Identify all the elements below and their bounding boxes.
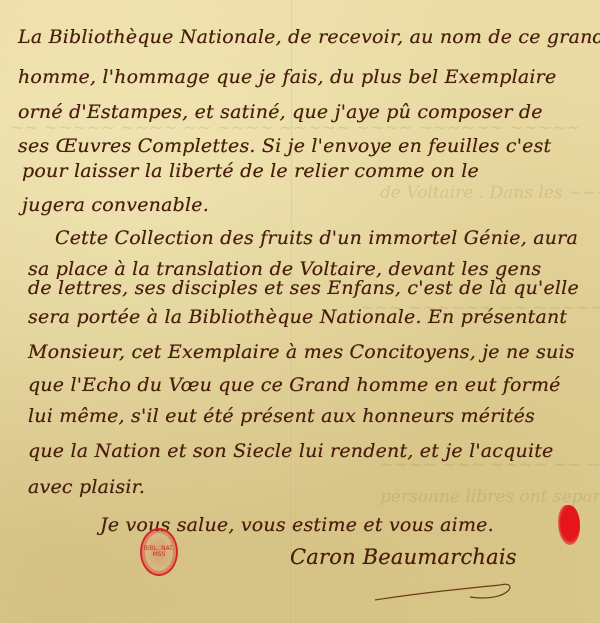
letter-line: La Bibliothèque Nationale, de recevoir, …: [18, 26, 600, 48]
letter-line: ses Œuvres Complettes. Si je l'envoye en…: [18, 135, 551, 157]
letter-line: homme, l'hommage que je fais, du plus be…: [18, 66, 556, 88]
letter-line: que la Nation et son Siecle lui rendent,…: [28, 440, 554, 462]
letter-line: lui même, s'il eut été présent aux honne…: [28, 405, 535, 427]
letter-line: Monsieur, cet Exemplaire à mes Concitoye…: [28, 341, 575, 363]
letter-line: jugera convenable.: [22, 194, 209, 216]
letter-line: orné d'Estampes, et satiné, que j'aye pû…: [18, 101, 543, 123]
letter-line: pour laisser la liberté de le relier com…: [22, 160, 479, 182]
red-seal-mark: [558, 505, 580, 545]
library-stamp: BIBL. NAT. MSS: [140, 528, 178, 576]
signature: Caron Beaumarchais: [290, 545, 517, 569]
letter-line: Cette Collection des fruits d'un immorte…: [55, 227, 578, 249]
bleed-through-text: de Voltaire . Dans les ~~~~: [380, 183, 600, 203]
letter-line: avec plaisir.: [28, 476, 145, 498]
letter-line: que l'Echo du Vœu que ce Grand homme en …: [28, 374, 561, 396]
letter-page: ~~ ~~~~~ ~~~~ ~~ ~~~~ ~~~~~ ~~~~ ~~~~~~ …: [0, 0, 600, 623]
letter-line: sera portée à la Bibliothèque Nationale.…: [28, 306, 567, 328]
signature-flourish: [370, 575, 520, 605]
bleed-through-text: personne libres ont separe ~~ ~~: [380, 487, 600, 507]
letter-line: de lettres, ses disciples et ses Enfans,…: [28, 277, 579, 299]
